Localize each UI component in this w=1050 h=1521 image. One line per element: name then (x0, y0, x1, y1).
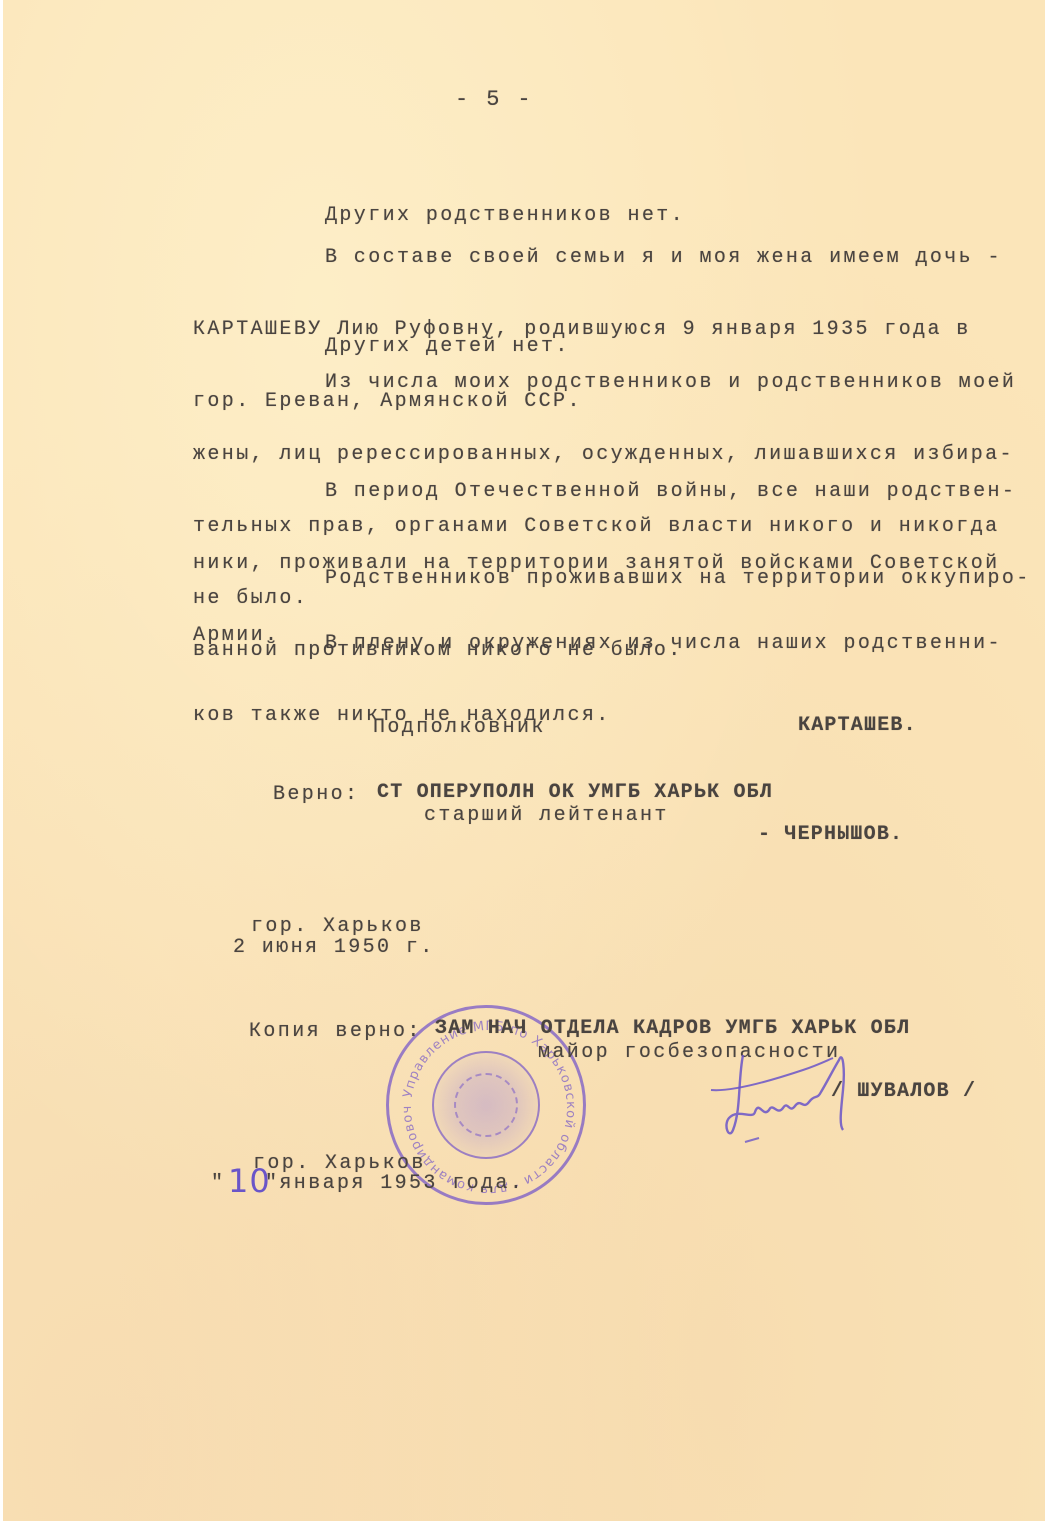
emblem-icon (454, 1073, 518, 1137)
text-line: В составе своей семьи я и моя жена имеем… (193, 246, 1002, 270)
certification-prefix: Верно: (273, 783, 359, 807)
text-line: В период Отечественной войны, все наши р… (193, 480, 1016, 504)
date-2-rest: "января 1953 года. (265, 1172, 524, 1196)
paragraph-captivity: В плену и окружениях из числа наших родс… (193, 584, 1002, 776)
date-1: 2 июня 1950 г. (233, 936, 435, 960)
signatory-rank: Подполковник (373, 716, 546, 740)
text-line: В плену и окружениях из числа наших родс… (193, 632, 1002, 656)
certification-position: СТ ОПЕРУПОЛН ОК УМГБ ХАРЬК ОБЛ (377, 781, 773, 805)
stamp-emblem-circle (432, 1051, 540, 1159)
page-number: - 5 - (455, 88, 533, 112)
signatory-name: КАРТАШЕВ. (798, 714, 917, 738)
date-2-open-quote: " (211, 1172, 225, 1196)
certification-rank: старший лейтенант (424, 804, 669, 828)
text-line: Из числа моих родственников и родственни… (193, 371, 1016, 395)
handwritten-signature-icon (693, 1030, 863, 1150)
certification-name: - ЧЕРНЫШОВ. (758, 823, 903, 847)
copy-certification-prefix: Копия верно: (249, 1020, 422, 1044)
document-page: - 5 - Других родственников нет. В состав… (3, 0, 1045, 1521)
